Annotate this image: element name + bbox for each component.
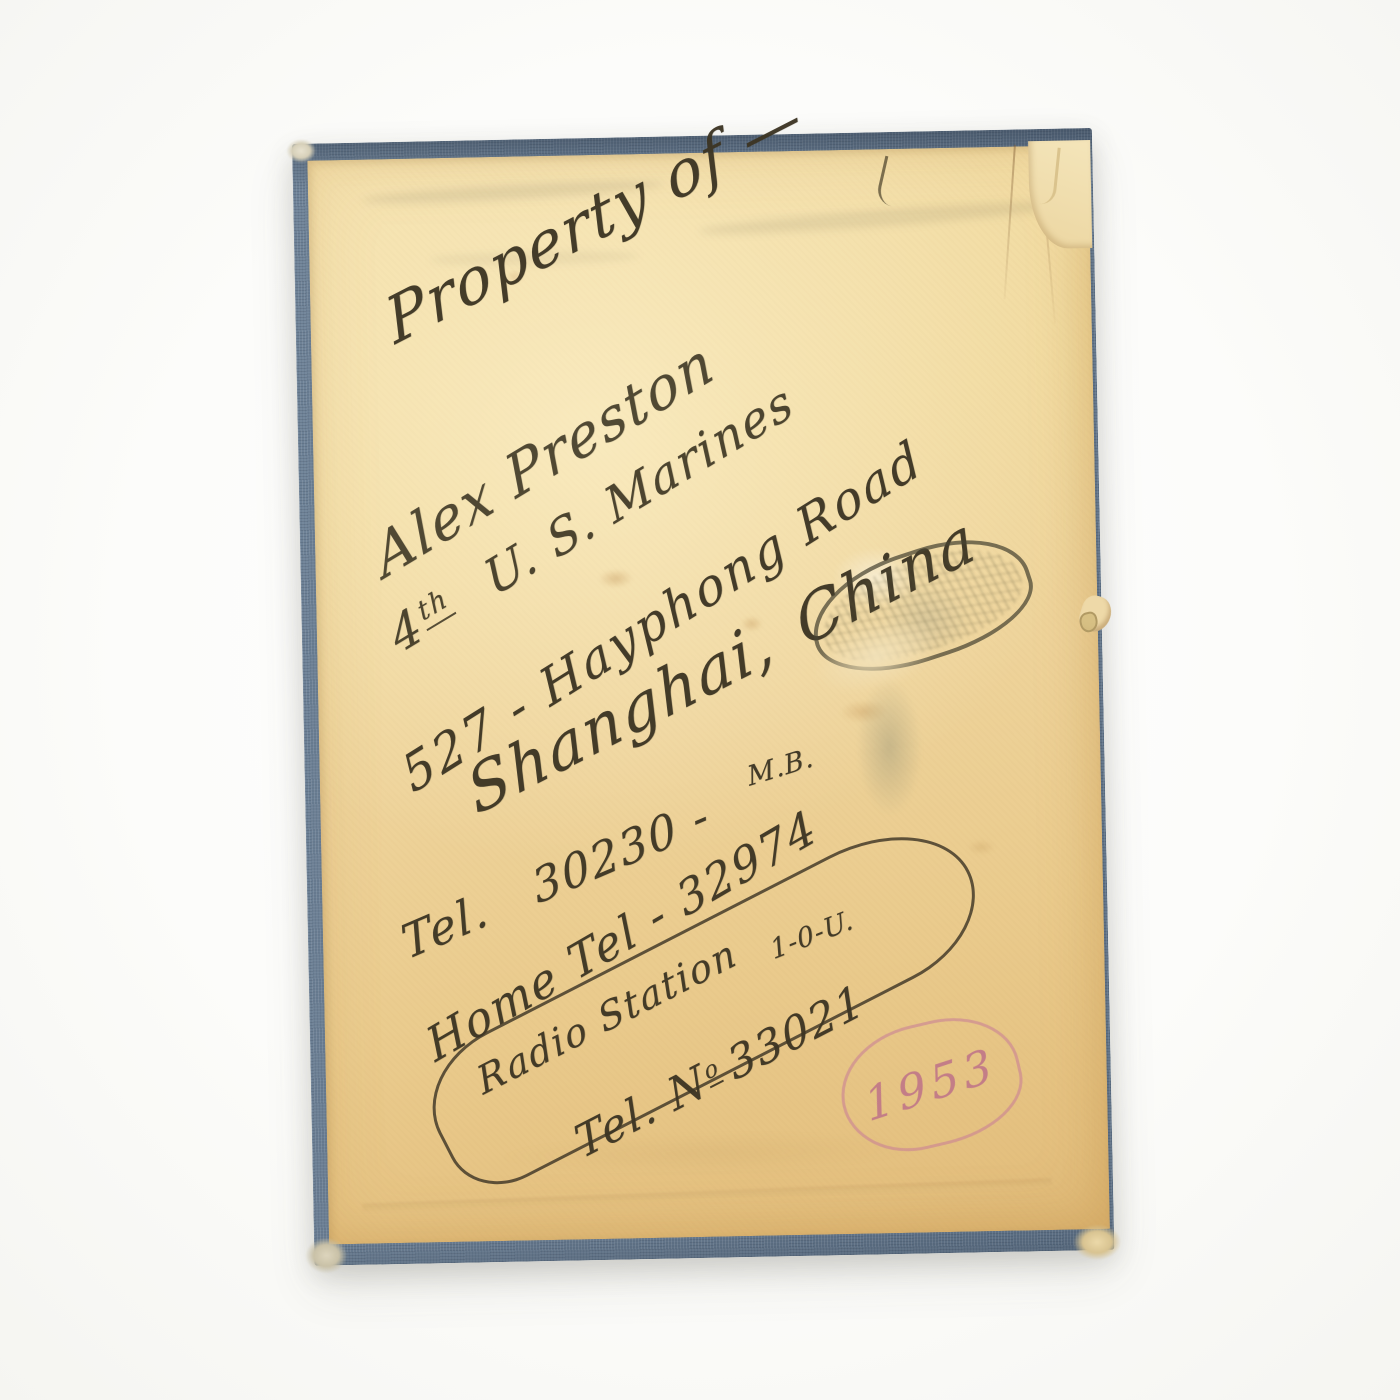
paste-down-page: Property of — Alex Preston 4thU. S. Mari… [307,145,1110,1244]
frayed-corner-bottom-right [1073,1224,1122,1261]
book: Property of — Alex Preston 4thU. S. Mari… [292,128,1114,1266]
frayed-corner-bottom-left [305,1237,348,1274]
year-stamp-text: 1953 [860,1036,1002,1132]
photo-background: Property of — Alex Preston 4thU. S. Mari… [0,0,1400,1400]
frayed-corner-top-left [286,139,316,164]
